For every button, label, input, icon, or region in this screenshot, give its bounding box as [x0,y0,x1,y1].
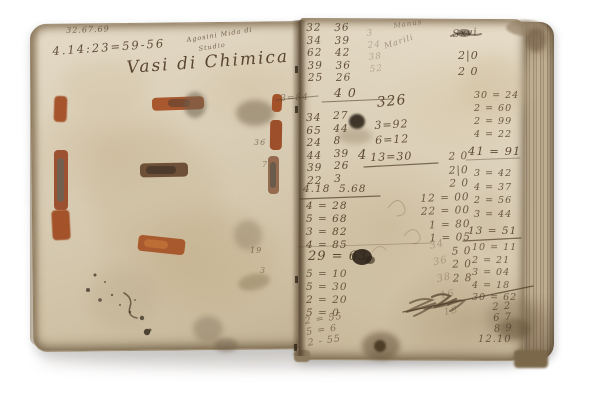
number-column: 30 = 242 = 602 = 994 = 22 [474,89,519,141]
handwritten-number: 32 [306,21,322,34]
handwritten-number: 34 [306,34,322,47]
handwritten-number: 5 = 30 [306,281,348,294]
number-column: 3234623925 [306,21,324,84]
smudge [184,92,206,118]
smudge [88,268,158,328]
handwritten-number: 2 = 99 [474,115,519,128]
crossed-number: 3=84 [280,92,309,103]
handwritten-number: 2 = 60 [474,102,519,115]
handwritten-number: 3 = 82 [306,226,348,239]
handwritten-number: 8 [333,135,349,148]
handwritten-number: 10 = 11 [472,242,517,255]
number-row: 41 = 91 [468,144,521,158]
handwritten-number: 26 [336,71,352,84]
number-column: 4 = 285 = 683 = 824 = 85 [306,200,348,252]
handwritten-number: 2|0 [458,48,479,64]
handwritten-number: 39 [307,162,323,175]
margin-number: 3 [260,266,266,275]
number-column: 2 = 555 = 62 - 55 [304,311,346,349]
rust-mark-core [270,162,276,188]
margin-number: 36 [254,138,266,147]
handwritten-number: 39 [307,59,323,72]
ink-blot [349,114,365,129]
handwritten-number: 2 = 56 [474,194,512,208]
handwritten-number: 36 [334,21,350,34]
handwritten-number: 4 = 18 [472,280,517,293]
handwritten-number: 62 [307,46,323,59]
handwritten-number: 22 = 00 [414,204,470,219]
handwritten-number: 2 = 20 [306,294,348,307]
handwritten-number: 4 = 37 [474,181,512,195]
rust-mark [54,96,68,122]
handwritten-number: 2 0 [412,150,468,165]
rust-mark-core [146,166,176,174]
corner-number: 32.67.69 [66,24,110,35]
torn-corner [526,28,546,52]
handwritten-number: 3 = 42 [474,167,512,181]
handwritten-number: 30 = 24 [474,89,519,102]
rust-mark [270,120,283,150]
number-column: 3639423626 [334,21,352,84]
crossed-word: Sxvi [452,27,478,40]
number-column: 346524443922 [306,112,323,187]
number-row: 326 [376,92,407,111]
handwritten-number: 3 = 04 [472,267,517,280]
number-column: 3=926=12 [374,116,410,148]
handwritten-number: 3 = 44 [474,208,512,222]
handwritten-number: 36 [335,59,351,72]
margin-number: 19 [250,246,262,255]
rust-mark [51,210,71,241]
smudge [214,338,238,352]
handwritten-number: 5 = 68 [306,213,348,226]
handwritten-number: 4 = 22 [474,128,519,141]
handwritten-number: 26 [334,160,350,173]
handwritten-number: 65 [306,124,322,137]
number-row: 4 0 [334,85,357,100]
number-row: 13 = 51 [468,225,517,237]
number-row: 13=30 [370,150,413,164]
number-column: 2|02 0 [458,48,479,80]
handwritten-number: 42 [335,46,351,59]
handwritten-number: 24 [306,137,322,150]
handwritten-number: 39 [334,147,350,160]
margin-number: 7 [262,160,268,169]
handwritten-number: 27 [333,110,349,123]
number-column: 2 26 78 9 [492,301,513,335]
cover-edge-bevel [30,28,40,346]
handwritten-number: 6=12 [375,131,410,148]
handwritten-number: 2 0 [413,177,469,192]
number-column: 2744839263 [333,110,350,185]
notebook-photo: 32.67.69 4.14:23=59-56 Agosini Mida di S… [0,0,600,400]
rust-mark-core [57,158,64,202]
number-row: 29 = 63 [308,249,367,264]
handwritten-number: 5 = 10 [306,268,348,281]
number-row: 4.18 5.68 [303,183,366,195]
handwritten-number: 44 [307,149,323,162]
handwritten-number: 2 0 [458,64,479,80]
number-row: 12.10 [478,334,512,345]
page-edge-corner [514,350,548,368]
handwritten-number: 39 [334,34,350,47]
number-column: 10 = 112 = 213 = 044 = 1830 = 62 [472,242,517,305]
number-column: 3 = 424 = 372 = 563 = 44 [474,167,512,221]
handwritten-number: 34 [306,112,322,125]
handwritten-number: 2 = 21 [472,255,517,268]
handwritten-number: 4 = 28 [306,200,348,213]
handwritten-number: 44 [333,122,349,135]
floating-number: 4 [358,148,367,163]
handwritten-number: 25 [308,71,324,84]
smudge [236,100,274,126]
smudge [193,316,223,342]
handwritten-number: 52 [369,63,383,76]
smudge [374,340,386,352]
